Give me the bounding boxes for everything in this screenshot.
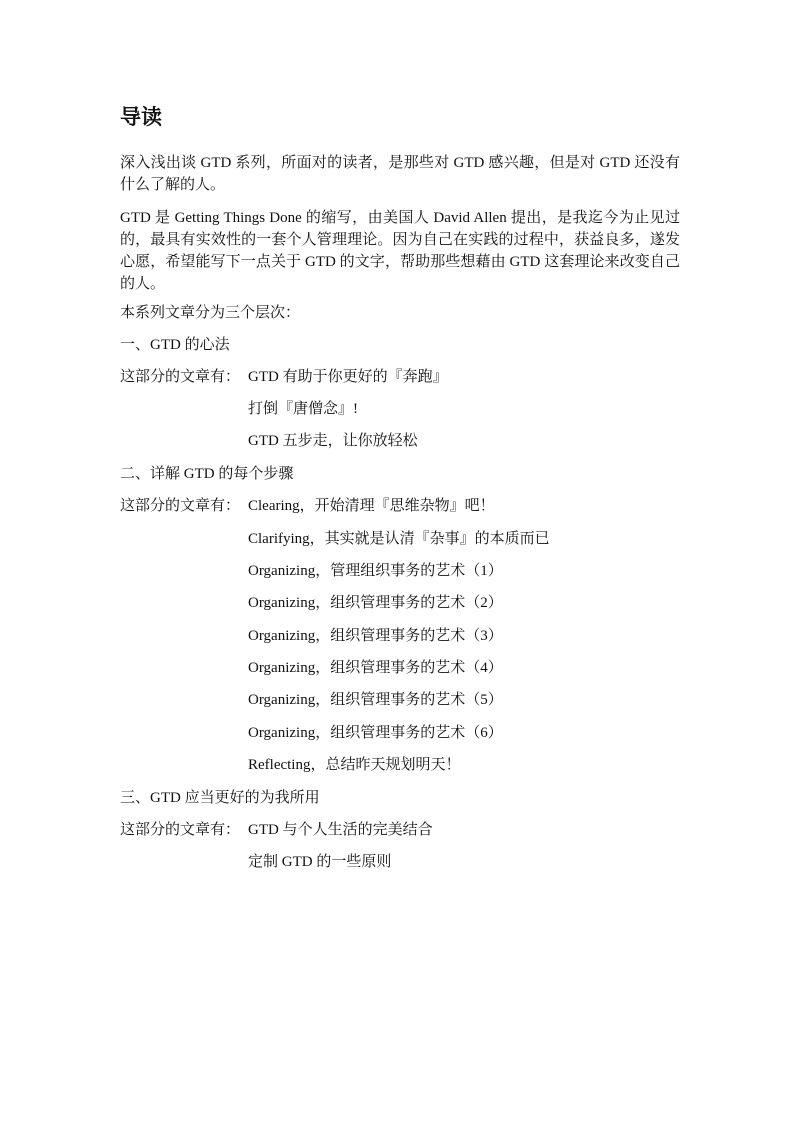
article-item: Organizing，管理组织事务的艺术（1） <box>248 560 503 582</box>
article-item: Clarifying，其实就是认清『杂事』的本质而已 <box>248 528 550 550</box>
article-item: Organizing，组织管理事务的艺术（2） <box>248 592 503 614</box>
article-item: 打倒『唐僧念』! <box>248 398 358 420</box>
article-item: Reflecting，总结昨天规划明天！ <box>248 754 460 776</box>
intro-paragraph-2: GTD 是 Getting Things Done 的缩写，由美国人 David… <box>120 207 680 295</box>
article-item: 定制 GTD 的一些原则 <box>248 851 391 873</box>
article-item: GTD 有助于你更好的『奔跑』 <box>248 366 448 388</box>
article-item: Clearing，开始清理『思维杂物』吧！ <box>248 495 495 517</box>
article-item: Organizing，组织管理事务的艺术（5） <box>248 689 503 711</box>
intro-paragraph-3: 本系列文章分为三个层次： <box>120 302 680 324</box>
section-heading-3: 三、GTD 应当更好的为我所用 <box>120 787 320 809</box>
articles-label-2: 这部分的文章有： <box>120 495 240 517</box>
article-item: GTD 五步走，让你放轻松 <box>248 430 418 452</box>
section-heading-2: 二、详解 GTD 的每个步骤 <box>120 463 293 485</box>
article-item: Organizing，组织管理事务的艺术（4） <box>248 657 503 679</box>
section-heading-1: 一、GTD 的心法 <box>120 334 230 356</box>
page-title: 导读 <box>120 103 162 131</box>
article-item: Organizing，组织管理事务的艺术（6） <box>248 722 503 744</box>
article-item: Organizing，组织管理事务的艺术（3） <box>248 625 503 647</box>
intro-paragraph-1: 深入浅出谈 GTD 系列，所面对的读者，是那些对 GTD 感兴趣，但是对 GTD… <box>120 152 680 196</box>
articles-label-3: 这部分的文章有： <box>120 819 240 841</box>
articles-label-1: 这部分的文章有： <box>120 366 240 388</box>
article-item: GTD 与个人生活的完美结合 <box>248 819 433 841</box>
